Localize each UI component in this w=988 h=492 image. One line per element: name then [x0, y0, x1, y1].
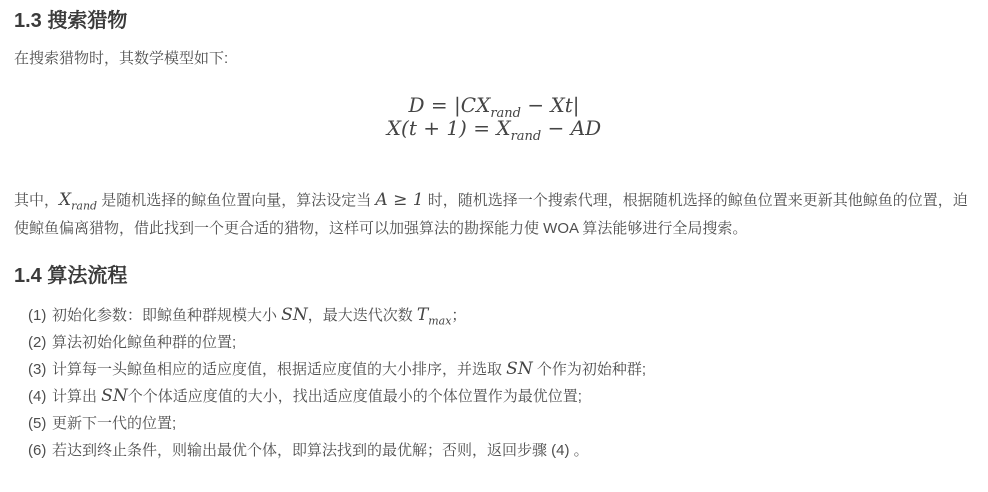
list-item-text: ； — [451, 307, 466, 324]
para-text-1: 是随机选择的鲸鱼位置向量，算法设定当 — [97, 192, 375, 209]
intro-paragraph: 在搜索猎物时，其数学模型如下: — [14, 48, 974, 69]
inline-math-a-geq-1: A ≥ 1 — [375, 190, 423, 210]
formula-1-pre: D = |CX — [409, 93, 491, 117]
list-item-text: ，最大迭代次数 — [308, 307, 417, 324]
inline-math-x-rand: Xrand — [59, 190, 97, 210]
document-content: 1.3 搜索猎物 在搜索猎物时，其数学模型如下: D = |CXrand − X… — [0, 0, 988, 464]
list-item-number: (4) — [28, 383, 52, 410]
math-base: T — [417, 305, 428, 325]
list-item: (6)若达到终止条件，则输出最优个体，即算法找到的最优解；否则，返回步骤 (4)… — [14, 437, 974, 464]
list-item-number: (5) — [28, 410, 52, 437]
list-item-text: 计算出 — [52, 388, 101, 405]
list-item-number: (2) — [28, 329, 52, 356]
formula-line-1: D = |CXrand − Xt| — [14, 94, 974, 117]
formula-1-post: − Xt| — [521, 93, 580, 117]
formula-2-pre: X(t + 1) = X — [387, 116, 511, 140]
section-heading-1-3: 1.3 搜索猎物 — [14, 8, 974, 34]
inline-math-t-max: Tmax — [417, 305, 452, 325]
math-subscript: max — [428, 314, 451, 327]
formula-line-2: X(t + 1) = Xrand − AD — [14, 117, 974, 140]
explanation-paragraph: 其中，Xrand 是随机选择的鲸鱼位置向量，算法设定当 A ≥ 1 时，随机选择… — [14, 186, 974, 243]
list-item-text: 个个体适应度值的大小，找出适应度值最小的个体位置作为最优位置; — [128, 388, 582, 405]
list-item-number: (6) — [28, 437, 52, 464]
inline-math-sn: SN — [506, 359, 533, 379]
list-item-number: (1) — [28, 302, 52, 329]
list-item: (5)更新下一代的位置; — [14, 410, 974, 437]
list-item: (2)算法初始化鲸鱼种群的位置; — [14, 329, 974, 356]
list-item-text: 若达到终止条件，则输出最优个体，即算法找到的最优解；否则，返回步骤 (4) 。 — [52, 442, 589, 459]
math-formula-block: D = |CXrand − Xt| X(t + 1) = Xrand − AD — [14, 94, 974, 140]
list-item-text: 更新下一代的位置; — [52, 415, 176, 432]
algorithm-step-list: (1)初始化参数：即鲸鱼种群规模大小 SN，最大迭代次数 Tmax； (2)算法… — [14, 302, 974, 464]
section-heading-1-4: 1.4 算法流程 — [14, 263, 974, 289]
formula-2-subscript: rand — [511, 129, 542, 144]
inline-math-sn: SN — [281, 305, 308, 325]
formula-2-post: − AD — [541, 116, 601, 140]
list-item-text: 个作为初始种群; — [533, 361, 646, 378]
inline-math-sn: SN — [101, 386, 128, 406]
list-item: (4)计算出 SN个个体适应度值的大小，找出适应度值最小的个体位置作为最优位置; — [14, 383, 974, 410]
para-text-0: 其中， — [14, 192, 59, 209]
math-subscript: rand — [71, 199, 97, 212]
list-item-text: 初始化参数：即鲸鱼种群规模大小 — [52, 307, 281, 324]
list-item-text: 算法初始化鲸鱼种群的位置; — [52, 334, 236, 351]
list-item-number: (3) — [28, 356, 52, 383]
list-item: (3)计算每一头鲸鱼相应的适应度值，根据适应度值的大小排序，并选取 SN 个作为… — [14, 356, 974, 383]
list-item: (1)初始化参数：即鲸鱼种群规模大小 SN，最大迭代次数 Tmax； — [14, 302, 974, 329]
list-item-text: 计算每一头鲸鱼相应的适应度值，根据适应度值的大小排序，并选取 — [52, 361, 506, 378]
math-base: X — [59, 190, 71, 210]
